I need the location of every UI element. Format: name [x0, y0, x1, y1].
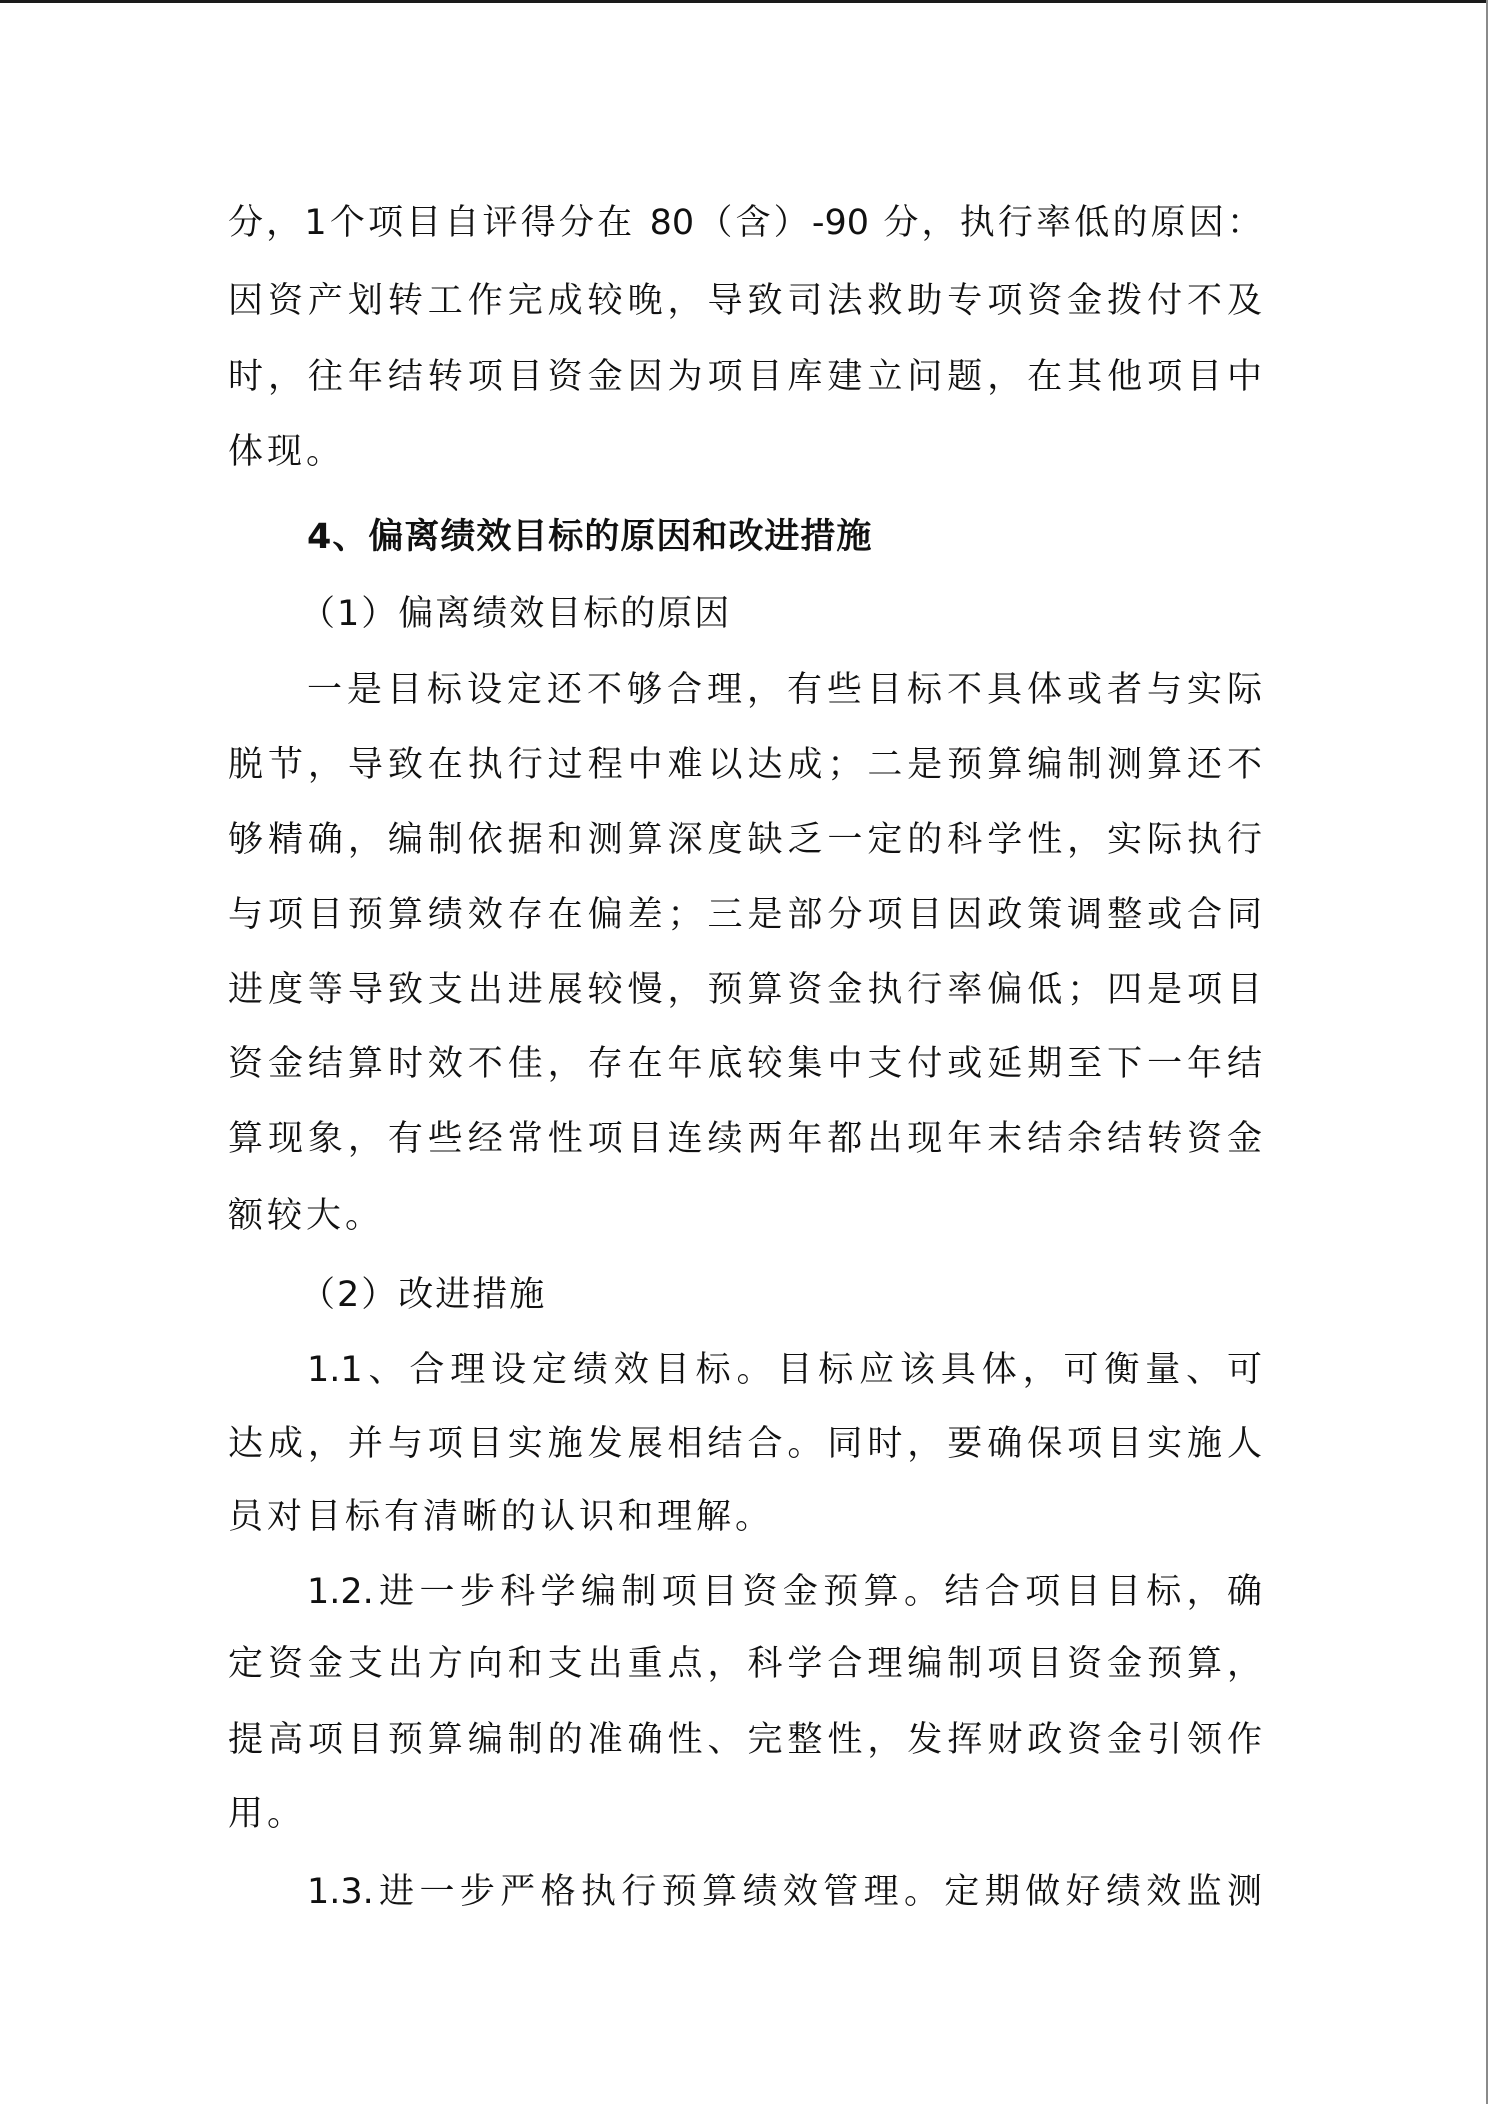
paragraph-line: 够精确，编制依据和测算深度缺乏一定的科学性，实际执行	[228, 818, 1262, 862]
paragraph-line: 1.1、合理设定绩效目标。目标应该具体，可衡量、可	[307, 1348, 1262, 1392]
paragraph-line: 定资金支出方向和支出重点，科学合理编制项目资金预算，	[228, 1642, 1262, 1686]
paragraph-line: 与项目预算绩效存在偏差；三是部分项目因政策调整或合同	[228, 893, 1262, 937]
paragraph-line: 时，往年结转项目资金因为项目库建立问题，在其他项目中	[228, 355, 1262, 399]
paragraph-line: 资金结算时效不佳，存在年底较集中支付或延期至下一年结	[228, 1042, 1262, 1086]
paragraph-line: 提高项目预算编制的准确性、完整性，发挥财政资金引领作	[228, 1718, 1262, 1762]
paragraph-line: 一是目标设定还不够合理，有些目标不具体或者与实际	[307, 668, 1262, 712]
paragraph-line: 因资产划转工作完成较晚，导致司法救助专项资金拨付不及	[228, 279, 1262, 323]
paragraph-line: 用。	[228, 1792, 1262, 1836]
paragraph-line: 进度等导致支出进展较慢，预算资金执行率偏低；四是项目	[228, 968, 1262, 1012]
subsection-heading: （1）偏离绩效目标的原因	[300, 592, 1262, 636]
paragraph-line: 达成，并与项目实施发展相结合。同时，要确保项目实施人	[228, 1422, 1262, 1466]
paragraph-line: 算现象，有些经常性项目连续两年都出现年末结余结转资金	[228, 1117, 1262, 1161]
paragraph-line: 脱节，导致在执行过程中难以达成；二是预算编制测算还不	[228, 743, 1262, 787]
paragraph-line: 额较大。	[228, 1194, 1262, 1238]
paragraph-line: 1.2.进一步科学编制项目资金预算。结合项目目标，确	[307, 1570, 1262, 1614]
paragraph-line: 体现。	[228, 430, 1262, 474]
paragraph-line: 1.3.进一步严格执行预算绩效管理。定期做好绩效监测	[307, 1870, 1262, 1914]
paragraph-line: 员对目标有清晰的认识和理解。	[228, 1495, 1262, 1539]
paragraph-line: 分，1个项目自评得分在 80（含）-90 分，执行率低的原因：	[228, 201, 1262, 245]
document-page: 分，1个项目自评得分在 80（含）-90 分，执行率低的原因： 因资产划转工作完…	[0, 0, 1488, 2104]
subsection-heading: （2）改进措施	[300, 1273, 1262, 1317]
section-heading: 4、偏离绩效目标的原因和改进措施	[307, 515, 1262, 559]
